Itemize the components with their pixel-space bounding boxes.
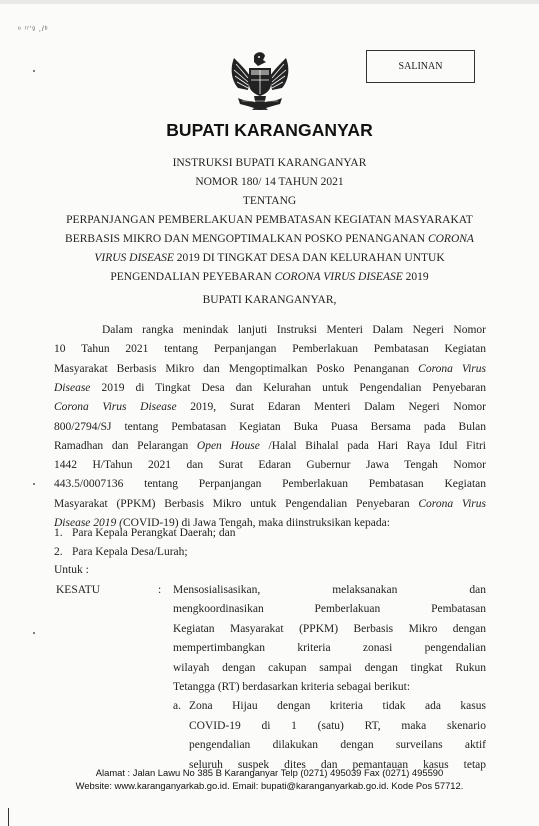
kesatu-item-line: COVID-19 di 1 (satu) RT, maka skenario xyxy=(189,720,486,732)
kesatu-line: wilayah dengan cakupan sampai dengan tin… xyxy=(173,662,486,674)
kesatu-line: Kegiatan Masyarakat (PPKM) Berbasis Mikr… xyxy=(173,623,486,635)
preamble-line: 10 Tahun 2021 tentang Perpanjangan Pembe… xyxy=(54,343,486,355)
garuda-emblem-icon xyxy=(228,48,292,114)
preamble-line: Disease 2019 di Tingkat Desa dan Kelurah… xyxy=(54,382,486,394)
subject-line: PERPANJANGAN PEMBERLAKUAN PEMBATASAN KEG… xyxy=(0,214,539,226)
preamble-line: Ramadhan dan Pelarangan Open House /Hala… xyxy=(54,440,486,452)
preamble-line: 1442 H/Tahun 2021 dan Surat Edaran Guber… xyxy=(54,459,486,471)
instruction-about-label: TENTANG xyxy=(0,195,539,207)
salinan-stamp-box: SALINAN xyxy=(366,50,475,83)
document-page: ᵘ ʳʳ'ᵍ ,/ᵇ SALINAN BUPATI KARANGANYAR IN… xyxy=(0,0,539,826)
preamble-line: Corona Virus Disease 2019, Surat Edaran … xyxy=(54,401,486,413)
subject-line: PENGENDALIAN PEYEBARAN CORONA VIRUS DISE… xyxy=(0,271,539,283)
untuk-label: Untuk : xyxy=(54,564,89,576)
scan-margin-mark xyxy=(8,808,9,826)
kesatu-line: mengkoordinasikan Pemberlakuan Pembatasa… xyxy=(173,603,486,615)
recipient-item: 1.Para Kepala Perangkat Daerah; dan xyxy=(54,527,235,539)
handwritten-mark: ᵘ ʳʳ'ᵍ ,/ᵇ xyxy=(18,26,48,33)
footer-contact: Website: www.karanganyarkab.go.id. Email… xyxy=(0,780,539,791)
issuer-line: BUPATI KARANGANYAR, xyxy=(0,294,539,306)
instruction-number: NOMOR 180/ 14 TAHUN 2021 xyxy=(0,176,539,188)
kesatu-colon: : xyxy=(158,584,161,596)
scan-speck xyxy=(33,483,35,485)
instruction-title: INSTRUKSI BUPATI KARANGANYAR xyxy=(0,157,539,169)
kesatu-line: Tetangga (RT) berdasarkan kriteria sebag… xyxy=(173,681,486,693)
footer-address: Alamat : Jalan Lawu No 385 B Karanganyar… xyxy=(0,767,539,778)
preamble-line: 800/2794/SJ tentang Pembatasan Kegiatan … xyxy=(54,421,486,433)
preamble-line: Masyarakat Berbasis Mikro dan Mengoptima… xyxy=(54,363,486,375)
kesatu-line: Mensosialisasikan, melaksanakan dan xyxy=(173,584,486,596)
viewer-top-edge xyxy=(0,0,539,4)
recipient-item: 2.Para Kepala Desa/Lurah; xyxy=(54,546,188,558)
kesatu-item-line: pengendalian dilakukan dengan surveilans… xyxy=(189,739,486,751)
subject-line: BERBASIS MIKRO DAN MENGOPTIMALKAN POSKO … xyxy=(0,233,539,245)
preamble-line: Dalam rangka menindak lanjuti Instruksi … xyxy=(102,324,486,336)
scan-speck xyxy=(33,632,35,634)
scan-speck xyxy=(33,70,35,72)
preamble-line: 443.5/0007136 tentang Perpanjangan Pembe… xyxy=(54,478,486,490)
kesatu-item-marker: a. xyxy=(173,700,181,712)
preamble-line: Masyarakat (PPKM) Berbasis Mikro untuk P… xyxy=(54,498,486,510)
subject-line: VIRUS DISEASE 2019 DI TINGKAT DESA DAN K… xyxy=(0,252,539,264)
kesatu-item-line: Zona Hijau dengan kriteria tidak ada kas… xyxy=(189,700,486,712)
kesatu-line: mempertimbangkan kriteria zonasi pengend… xyxy=(173,642,486,654)
page-heading: BUPATI KARANGANYAR xyxy=(0,120,539,141)
kesatu-label: KESATU xyxy=(56,584,100,596)
